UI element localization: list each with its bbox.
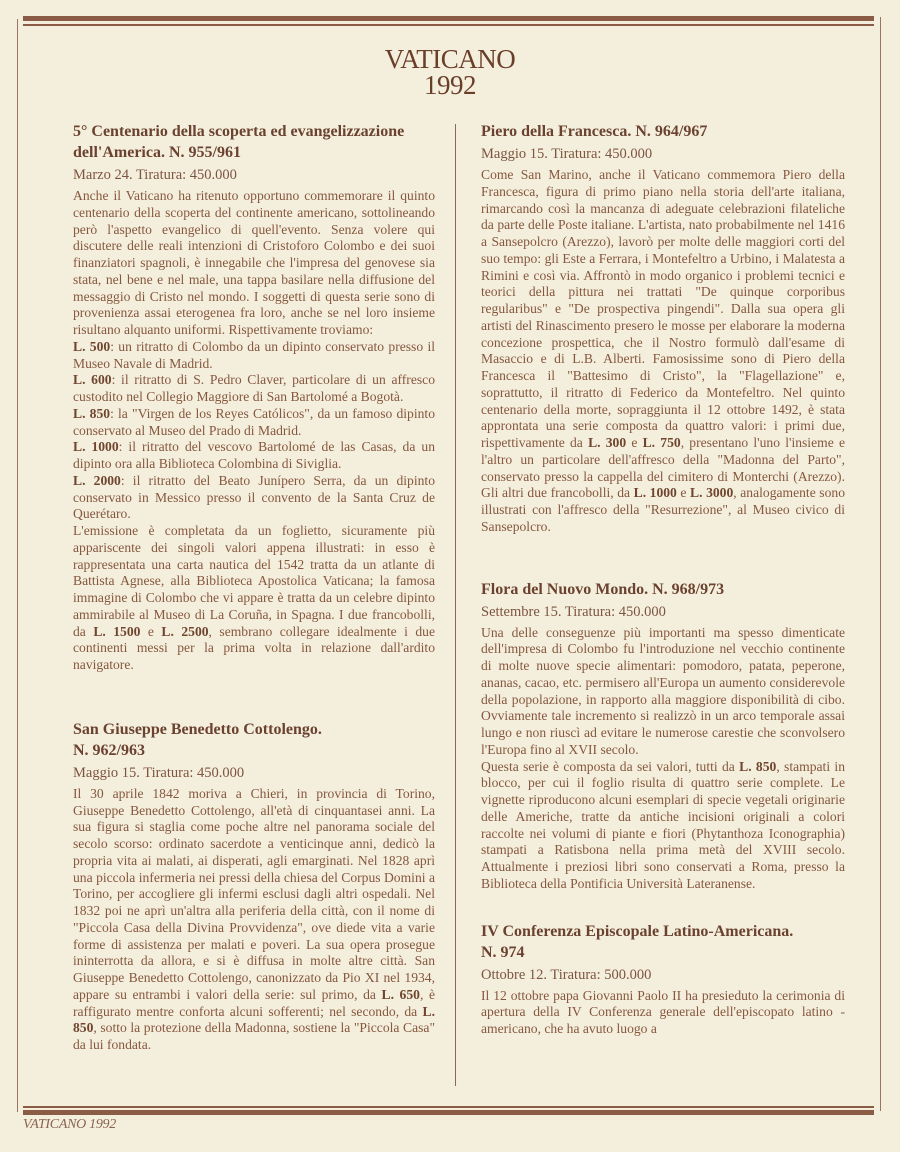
article-issue-info: Ottobre 12. Tiratura: 500.000 — [481, 965, 845, 985]
stamp-value: L. 850 — [73, 406, 110, 421]
article-paragraph: Questa serie è composta da sei valori, t… — [481, 759, 845, 893]
stamp-value: L. 3000 — [690, 485, 733, 500]
article-issue-info: Marzo 24. Tiratura: 450.000 — [73, 165, 435, 185]
frame-right-line — [880, 17, 881, 1111]
stamp-value: L. 2500 — [161, 624, 208, 639]
article-paragraph: Il 30 aprile 1842 moriva a Chieri, in pr… — [73, 786, 435, 1054]
stamp-value: L. 750 — [643, 435, 681, 450]
article-title: Flora del Nuovo Mondo. N. 968/973 — [481, 579, 845, 600]
stamp-value: L. 1000 — [634, 485, 677, 500]
article-title: Piero della Francesca. N. 964/967 — [481, 121, 845, 142]
article-paragraph: L'emissione è completata da un foglietto… — [73, 523, 435, 674]
page-title-country: VATICANO — [0, 46, 900, 72]
article-body: Una delle conseguenze più importanti ma … — [481, 625, 845, 893]
article-title: San Giuseppe Benedetto Cottolengo.N. 962… — [73, 719, 435, 761]
article-flora-nuovo-mondo: Flora del Nuovo Mondo. N. 968/973 Settem… — [481, 579, 845, 893]
article-title: IV Conferenza Episcopale Latino-American… — [481, 921, 845, 963]
article-piero-della-francesca: Piero della Francesca. N. 964/967 Maggio… — [481, 121, 845, 536]
stamp-value: L. 650 — [382, 987, 420, 1002]
stamp-value-item: L. 500: un ritratto di Colombo da un dip… — [73, 339, 435, 373]
article-body: Anche il Vaticano ha ritenuto opportuno … — [73, 188, 435, 674]
article-paragraph: Come San Marino, anche il Vaticano comme… — [481, 167, 845, 536]
stamp-value: L. 1000 — [73, 439, 119, 454]
page-title-year: 1992 — [0, 72, 900, 98]
right-column: Piero della Francesca. N. 964/967 Maggio… — [481, 121, 845, 1038]
column-divider — [455, 124, 456, 1086]
article-issue-info: Maggio 15. Tiratura: 450.000 — [481, 144, 845, 164]
top-rule-thick — [23, 16, 874, 21]
stamp-value: L. 600 — [73, 372, 112, 387]
article-paragraph: Una delle conseguenze più importanti ma … — [481, 625, 845, 759]
article-cottolengo: San Giuseppe Benedetto Cottolengo.N. 962… — [73, 719, 435, 1054]
stamp-value-item: L. 2000: il ritratto del Beato Junípero … — [73, 473, 435, 523]
stamp-value-item: L. 1000: il ritratto del vescovo Bartolo… — [73, 439, 435, 473]
stamp-value: L. 850 — [739, 759, 776, 774]
stamp-value: L. 300 — [588, 435, 626, 450]
bottom-rule-thick — [23, 1110, 874, 1115]
top-rule-thin — [23, 24, 874, 26]
article-colombo: 5° Centenario della scoperta ed evangeli… — [73, 121, 435, 674]
stamp-value-item: L. 600: il ritratto di S. Pedro Claver, … — [73, 372, 435, 406]
article-issue-info: Maggio 15. Tiratura: 450.000 — [73, 763, 435, 783]
page-title: VATICANO 1992 — [0, 46, 900, 98]
article-title: 5° Centenario della scoperta ed evangeli… — [73, 121, 435, 163]
stamp-value: L. 2000 — [73, 473, 121, 488]
stamp-value-item: L. 850: la "Virgen de los Reyes Católico… — [73, 406, 435, 440]
running-footer: VATICANO 1992 — [23, 1117, 116, 1133]
article-conferenza-episcopale: IV Conferenza Episcopale Latino-American… — [481, 921, 845, 1038]
left-column: 5° Centenario della scoperta ed evangeli… — [73, 121, 435, 1054]
article-body: Il 30 aprile 1842 moriva a Chieri, in pr… — [73, 786, 435, 1054]
bottom-rule-thin — [23, 1106, 874, 1108]
article-body: Il 12 ottobre papa Giovanni Paolo II ha … — [481, 988, 845, 1038]
stamp-value: L. 500 — [73, 339, 110, 354]
article-paragraph: Anche il Vaticano ha ritenuto opportuno … — [73, 188, 435, 339]
article-issue-info: Settembre 15. Tiratura: 450.000 — [481, 602, 845, 622]
article-paragraph: Il 12 ottobre papa Giovanni Paolo II ha … — [481, 988, 845, 1038]
frame-left-line — [17, 19, 18, 1112]
stamp-value: L. 1500 — [93, 624, 140, 639]
article-body: Come San Marino, anche il Vaticano comme… — [481, 167, 845, 536]
